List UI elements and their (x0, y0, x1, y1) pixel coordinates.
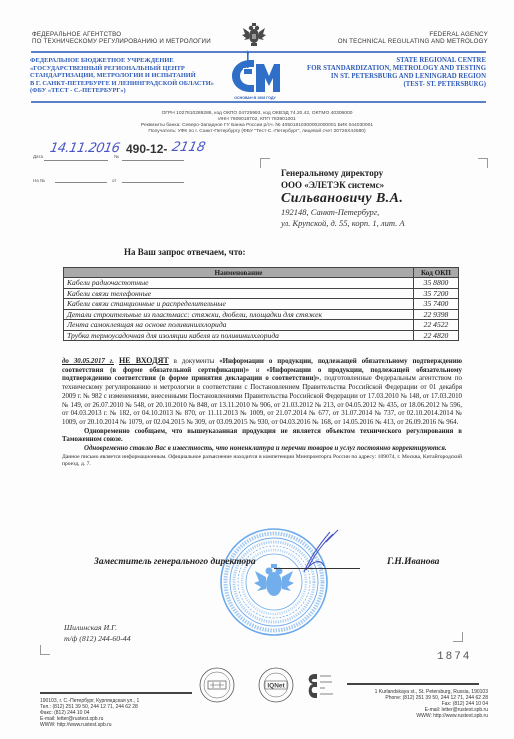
table-row: Кабели радиочастотные 35 8800 (64, 278, 459, 289)
number-underline (122, 160, 184, 161)
number-handwritten: 2118 (170, 140, 206, 155)
org-ru-line4: В Г. САНКТ-ПЕТЕРБУРГЕ И ЛЕНИНГРАДСКОЙ ОБ… (30, 80, 214, 88)
agency-name-ru: ФЕДЕРАЛЬНОЕ АГЕНТСТВО ПО ТЕХНИЧЕСКОМУ РЕ… (32, 31, 211, 46)
signatory-name: Г.Н.Иванова (387, 557, 439, 567)
table-row: Детали строительные из пластмасс: стяжки… (64, 309, 459, 320)
reference-label: На № (33, 178, 45, 183)
okp-code: 22 4522 (414, 320, 459, 331)
okp-code: 22 4820 (414, 330, 459, 341)
csm-logo-icon (228, 50, 282, 96)
table-row: Лента самоклеящая на основе поливинилхло… (64, 320, 459, 331)
table-row: Трубка термоусадочная для изоляции кабел… (64, 330, 459, 341)
svg-text:IQNet: IQNet (267, 683, 285, 690)
number-printed: 490-12- (126, 142, 167, 156)
recipient-address-line2: ул. Крупской, д. 55, корп. 1, лит. А (281, 218, 405, 229)
intro-heading: На Ваш запрос отвечаем, что: (124, 247, 246, 257)
table-row: Кабели связи станционные и распределител… (64, 299, 459, 310)
reference-from-label: от (112, 178, 116, 183)
number-label: № (114, 154, 119, 159)
footer-contacts-en: 1 Kurlandskaya st., St. Petersburg, Russ… (375, 689, 488, 719)
okp-code: 35 8800 (414, 278, 459, 289)
org-ru-line1: ФЕДЕРАЛЬНОЕ БЮДЖЕТНОЕ УЧРЕЖДЕНИЕ (30, 57, 214, 65)
reference-from-underline (122, 182, 184, 183)
organization-requisites: ОГРН 1027810289286, код ОКПО 04725993, к… (0, 111, 514, 135)
agency-name-en: FEDERAL AGENCY ON TECHNICAL REGULATING A… (338, 31, 488, 46)
product-name: Кабели радиочастотные (64, 278, 414, 289)
body-paragraph-customs: Одновременно сообщаем, что вышеуказанная… (62, 428, 462, 445)
iqnet-certified-icon: IQNet (258, 667, 294, 703)
reference-underline (55, 182, 107, 183)
agency-en-line1: FEDERAL AGENCY (338, 31, 488, 38)
body-paragraph-disclaimer: Данное письмо является информационным. О… (62, 454, 462, 468)
okp-products-table: Наименование Код ОКП Кабели радиочастотн… (63, 267, 459, 341)
okp-code: 22 9398 (414, 309, 459, 320)
product-name: Лента самоклеящая на основе поливинилхло… (64, 320, 414, 331)
product-name: Кабели связи станционные и распределител… (64, 299, 414, 310)
org-en-line3: IN ST. PETERSBURG AND LENINGRAD REGION (307, 73, 486, 81)
date-handwritten: 14.11.2016 (49, 141, 121, 156)
org-en-line2: FOR STANDARDIZATION, METROLOGY AND TESTI… (307, 65, 486, 73)
product-name: Трубка термоусадочная для изоляции кабел… (64, 330, 414, 341)
document-serial-number: 1874 (437, 651, 471, 663)
agency-en-line2: ON TECHNICAL REGULATING AND METROLOGY (338, 38, 488, 45)
body-text: в документы (169, 358, 219, 365)
body-paragraph-main: до 30.05.2017 г. НЕ ВХОДЯТ в документы «… (62, 357, 462, 428)
footer-website-en: WWW: http://www.rustest.spb.ru (375, 713, 488, 719)
org-ru-line5: (ФБУ «ТЕСТ - С.-ПЕТЕРБУРГ») (30, 87, 214, 95)
customs-union-notice: Одновременно сообщаем, что вышеуказанная… (62, 428, 462, 444)
date-underline (44, 160, 108, 161)
executor-phone: т/ф (812) 244-60-44 (64, 633, 131, 644)
org-name-ru: ФЕДЕРАЛЬНОЕ БЮДЖЕТНОЕ УЧРЕЖДЕНИЕ «ГОСУДА… (30, 57, 214, 95)
agency-ru-line2: ПО ТЕХНИЧЕСКОМУ РЕГУЛИРОВАНИЮ И МЕТРОЛОГ… (32, 38, 211, 45)
recipient-block: Генеральному директору ООО «ЭЛЕТЭК систе… (281, 168, 405, 228)
recipient-address-line1: 192148, Санкт-Петербург, (281, 207, 405, 218)
footer-divider-right (347, 683, 479, 685)
header-divider-bottom (31, 101, 486, 103)
letter-body: до 30.05.2017 г. НЕ ВХОДЯТ в документы «… (62, 357, 462, 468)
okp-code: 35 7400 (414, 299, 459, 310)
recipient-name: Сильвановичу В.А. (281, 191, 405, 207)
executor-name: Шилинская И.Г. (64, 622, 131, 633)
page-corner-mark (453, 632, 463, 642)
footer-contacts-ru: 190103, г. С.-Петербург, Курляндская ул.… (40, 698, 139, 728)
signature-line (274, 568, 360, 569)
efqm-logo-icon (305, 671, 345, 701)
footer-divider-left (40, 692, 192, 694)
date-label: Дата (33, 154, 43, 159)
logo-caption: ОСНОВАН В 1908 ГОДУ (224, 96, 286, 100)
product-name: Детали строительные из пластмасс: стяжки… (64, 309, 414, 320)
org-en-line4: (TEST- ST. PETERSBURG) (307, 81, 486, 89)
certification-seal-icon (199, 667, 235, 703)
address-corner-mark (478, 158, 488, 168)
russian-coat-of-arms-icon (241, 22, 267, 48)
org-ru-line3: СТАНДАРТИЗАЦИИ, МЕТРОЛОГИИ И ИСПЫТАНИЙ (30, 72, 214, 80)
org-en-line1: STATE REGIONAL CENTRE (307, 57, 486, 65)
org-name-en: STATE REGIONAL CENTRE FOR STANDARDIZATIO… (307, 57, 486, 89)
recipient-company: ООО «ЭЛЕТЭК системс» (281, 180, 405, 192)
body-text: и (249, 367, 266, 374)
address-corner-mark (260, 158, 270, 168)
column-header-name: Наименование (64, 268, 414, 278)
body-paragraph-notice: Одновременно ставлю Вас в известность, ч… (62, 445, 462, 454)
okp-code: 35 7200 (414, 288, 459, 299)
table-header-row: Наименование Код ОКП (64, 268, 459, 278)
signatory-position: Заместитель генерального директора (94, 557, 256, 567)
body-text: , подготовленные Федеральным агентством … (62, 375, 462, 426)
table-row: Кабели связи телефонные 35 7200 (64, 288, 459, 299)
requisites-line4: Получатель: УФК по г. Санкт-Петербургу (… (0, 129, 514, 135)
status-not-included: НЕ ВХОДЯТ (119, 356, 169, 365)
column-header-okp-code: Код ОКП (414, 268, 459, 278)
agency-ru-line1: ФЕДЕРАЛЬНОЕ АГЕНТСТВО (32, 31, 211, 38)
product-name: Кабели связи телефонные (64, 288, 414, 299)
footer-website-ru: WWW: http://www.rustest.spb.ru (40, 722, 139, 728)
recipient-position: Генеральному директору (281, 168, 405, 180)
page-corner-mark (40, 645, 50, 655)
executor-block: Шилинская И.Г. т/ф (812) 244-60-44 (64, 622, 131, 644)
deadline-date: до 30.05.2017 г. (62, 358, 114, 365)
